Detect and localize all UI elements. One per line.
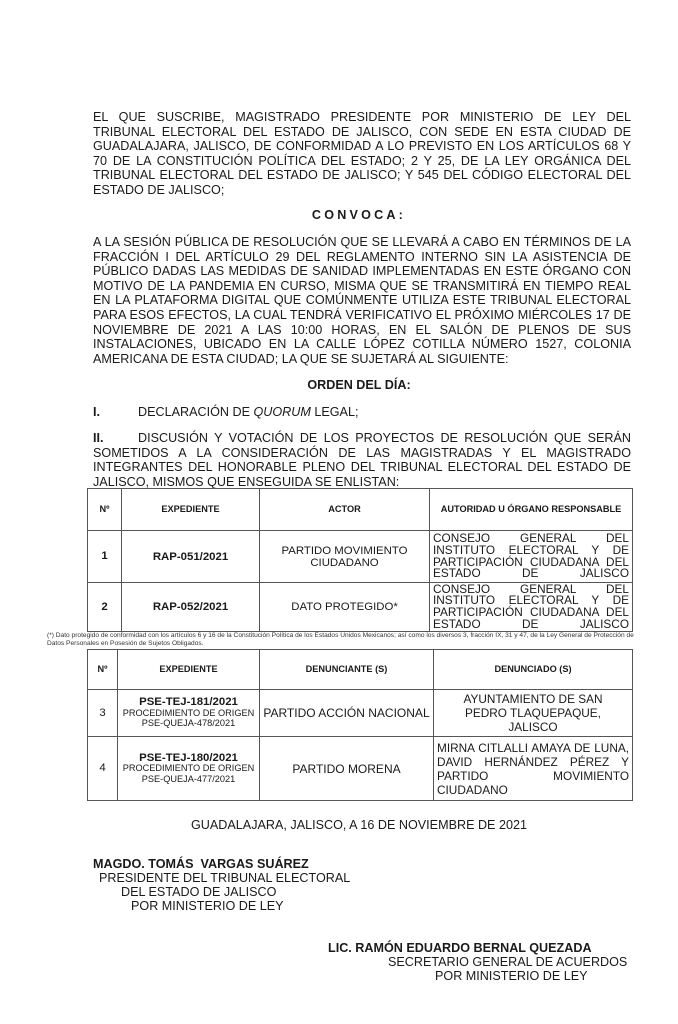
col-header-expediente: EXPEDIENTE [122, 489, 260, 531]
signatory-title-line: PRESIDENTE DEL TRIBUNAL ELECTORAL [93, 871, 350, 885]
agenda-heading: ORDEN DEL DÍA: [87, 378, 631, 392]
row-actor: PARTIDO MOVIMIENTO CIUDADANO [260, 531, 430, 583]
agenda-item-text: DECLARACIÓN DE [138, 405, 253, 419]
expediente-number: PSE-TEJ-180/2021 [121, 753, 256, 764]
place-date: GUADALAJARA, JALISCO, A 16 DE NOVIEMBRE … [87, 818, 631, 832]
row-denunciado: AYUNTAMIENTO DE SAN PEDRO TLAQUEPAQUE, J… [434, 690, 633, 737]
row-no: 4 [88, 737, 118, 801]
col-header-expediente: EXPEDIENTE [118, 650, 260, 690]
signatory-title-line: POR MINISTERIO DE LEY [93, 899, 350, 913]
agenda-item-numeral: II. [93, 431, 138, 446]
agenda-item-1: I.DECLARACIÓN DE QUORUM LEGAL; [93, 405, 631, 420]
agenda-item-text-after: LEGAL; [311, 405, 359, 419]
signatory-title-line: POR MINISTERIO DE LEY [328, 969, 627, 983]
row-expediente: RAP-052/2021 [122, 583, 260, 632]
row-autoridad: CONSEJO GENERAL DEL INSTITUTO ELECTORAL … [430, 531, 633, 583]
signatory-title-line: SECRETARIO GENERAL DE ACUERDOS [328, 955, 627, 969]
expediente-number: PSE-TEJ-181/2021 [121, 697, 256, 708]
origen-label: PROCEDIMIENTO DE ORIGEN [121, 708, 256, 718]
signatory-name: MAGDO. TOMÁS VARGAS SUÁREZ [93, 857, 350, 871]
signatory-secretary: LIC. RAMÓN EDUARDO BERNAL QUEZADA SECRET… [328, 941, 627, 983]
row-actor: DATO PROTEGIDO* [260, 583, 430, 632]
origen-number: PSE-QUEJA-478/2021 [121, 718, 256, 728]
agenda-item-text: DISCUSIÓN Y VOTACIÓN DE LOS PROYECTOS DE… [93, 431, 631, 489]
signatory-president: MAGDO. TOMÁS VARGAS SUÁREZ PRESIDENTE DE… [93, 857, 350, 913]
col-header-denunciante: DENUNCIANTE (S) [260, 650, 434, 690]
table-row: 3 PSE-TEJ-181/2021 PROCEDIMIENTO DE ORIG… [88, 690, 633, 737]
row-expediente: PSE-TEJ-181/2021 PROCEDIMIENTO DE ORIGEN… [118, 690, 260, 737]
row-no: 2 [88, 583, 122, 632]
col-header-denunciado: DENUNCIADO (S) [434, 650, 633, 690]
signatory-title-line: DEL ESTADO DE JALISCO [93, 885, 350, 899]
convoca-heading: CONVOCA: [87, 208, 631, 222]
intro-paragraph: EL QUE SUSCRIBE, MAGISTRADO PRESIDENTE P… [93, 110, 631, 198]
resolutions-table-rap: Nº EXPEDIENTE ACTOR AUTORIDAD U ÓRGANO R… [87, 488, 633, 632]
row-denunciante: PARTIDO ACCIÓN NACIONAL [260, 690, 434, 737]
table-row: 1 RAP-051/2021 PARTIDO MOVIMIENTO CIUDAD… [88, 531, 633, 583]
table-row: 2 RAP-052/2021 DATO PROTEGIDO* CONSEJO G… [88, 583, 633, 632]
col-header-actor: ACTOR [260, 489, 430, 531]
row-expediente: RAP-051/2021 [122, 531, 260, 583]
col-header-no: Nº [88, 489, 122, 531]
col-header-no: Nº [88, 650, 118, 690]
agenda-item-numeral: I. [93, 405, 138, 420]
row-expediente: PSE-TEJ-180/2021 PROCEDIMIENTO DE ORIGEN… [118, 737, 260, 801]
footnote: (*) Dato protegido de conformidad con lo… [47, 632, 637, 648]
resolutions-table-pse: Nº EXPEDIENTE DENUNCIANTE (S) DENUNCIADO… [87, 649, 633, 801]
origen-number: PSE-QUEJA-477/2021 [121, 774, 256, 784]
row-no: 1 [88, 531, 122, 583]
agenda-item-2: II.DISCUSIÓN Y VOTACIÓN DE LOS PROYECTOS… [93, 431, 631, 489]
convocation-paragraph: A LA SESIÓN PÚBLICA DE RESOLUCIÓN QUE SE… [93, 235, 631, 366]
table-header-row: Nº EXPEDIENTE ACTOR AUTORIDAD U ÓRGANO R… [88, 489, 633, 531]
col-header-autoridad: AUTORIDAD U ÓRGANO RESPONSABLE [430, 489, 633, 531]
row-no: 3 [88, 690, 118, 737]
row-autoridad: CONSEJO GENERAL DEL INSTITUTO ELECTORAL … [430, 583, 633, 632]
table-header-row: Nº EXPEDIENTE DENUNCIANTE (S) DENUNCIADO… [88, 650, 633, 690]
signatory-name: LIC. RAMÓN EDUARDO BERNAL QUEZADA [328, 941, 627, 955]
agenda-item-italic: QUORUM [253, 405, 310, 419]
table-row: 4 PSE-TEJ-180/2021 PROCEDIMIENTO DE ORIG… [88, 737, 633, 801]
origen-label: PROCEDIMIENTO DE ORIGEN [121, 763, 256, 773]
row-denunciado: MIRNA CITLALLI AMAYA DE LUNA, DAVID HERN… [434, 737, 633, 801]
row-denunciante: PARTIDO MORENA [260, 737, 434, 801]
